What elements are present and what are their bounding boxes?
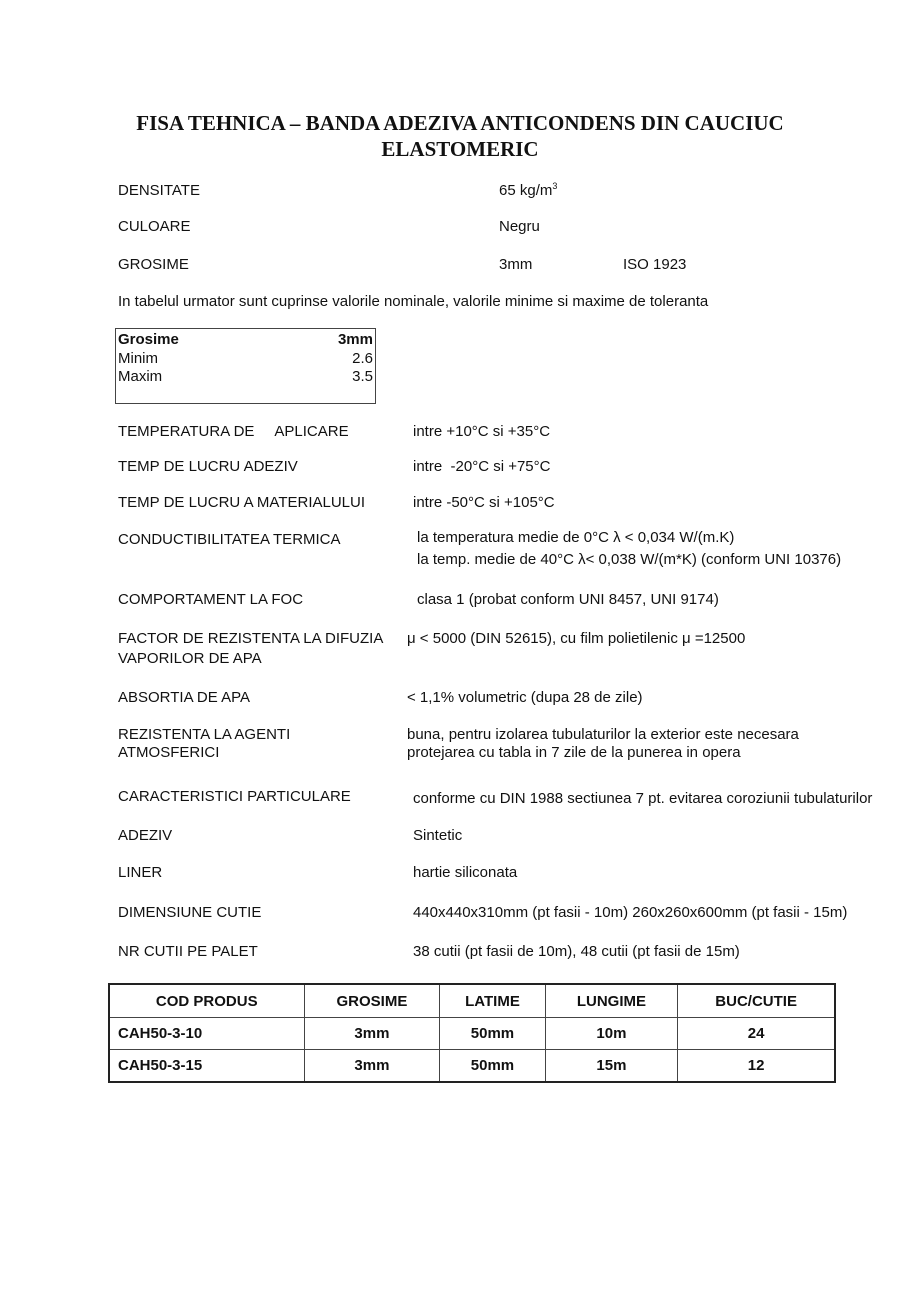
table-row: CAH50-3-10 3mm 50mm 10m 24 bbox=[109, 1018, 835, 1050]
cell-pcs-per-box: 24 bbox=[678, 1018, 835, 1050]
density-value: 65 kg/m3 bbox=[499, 181, 557, 200]
spec-label-weather-1: REZISTENTA LA AGENTI bbox=[118, 725, 290, 744]
color-label: CULOARE bbox=[118, 217, 191, 236]
product-table-header: COD PRODUS GROSIME LATIME LUNGIME BUC/CU… bbox=[109, 984, 835, 1018]
cell-width: 50mm bbox=[440, 1050, 545, 1083]
cell-pcs-per-box: 12 bbox=[678, 1050, 835, 1083]
thickness-label: GROSIME bbox=[118, 255, 189, 274]
spec-label-box-size: DIMENSIUNE CUTIE bbox=[118, 903, 261, 922]
cell-thickness: 3mm bbox=[304, 1050, 440, 1083]
spec-value-fire: clasa 1 (probat conform UNI 8457, UNI 91… bbox=[417, 590, 719, 609]
spec-value-particular: conforme cu DIN 1988 sectiunea 7 pt. evi… bbox=[413, 789, 872, 808]
spec-value-conductivity-1: la temperatura medie de 0°C λ < 0,034 W/… bbox=[417, 528, 734, 547]
intro-text: In tabelul urmator sunt cuprinse valoril… bbox=[118, 292, 708, 311]
cell-length: 10m bbox=[545, 1018, 678, 1050]
spec-label-conductivity: CONDUCTIBILITATEA TERMICA bbox=[118, 530, 341, 549]
spec-value-adhesive-temp: intre -20°C si +75°C bbox=[413, 457, 550, 476]
color-value: Negru bbox=[499, 217, 540, 236]
spec-label-weather-2: ATMOSFERICI bbox=[118, 743, 219, 762]
spec-label-liner: LINER bbox=[118, 863, 162, 882]
spec-value-application-temp: intre +10°C si +35°C bbox=[413, 422, 550, 441]
header-latime: LATIME bbox=[440, 984, 545, 1018]
thickness-standard: ISO 1923 bbox=[623, 255, 686, 274]
header-buc-cutie: BUC/CUTIE bbox=[678, 984, 835, 1018]
cell-code: CAH50-3-10 bbox=[109, 1018, 304, 1050]
spec-value-weather-1: buna, pentru izolarea tubulaturilor la e… bbox=[407, 725, 799, 744]
density-label: DENSITATE bbox=[118, 181, 200, 200]
spec-value-adhesive: Sintetic bbox=[413, 826, 462, 845]
spec-value-liner: hartie siliconata bbox=[413, 863, 517, 882]
cell-code: CAH50-3-15 bbox=[109, 1050, 304, 1083]
spec-label-boxes-per-pallet: NR CUTII PE PALET bbox=[118, 942, 258, 961]
spec-label-absorption: ABSORTIA DE APA bbox=[118, 688, 250, 707]
header-lungime: LUNGIME bbox=[545, 984, 678, 1018]
thickness-value: 3mm bbox=[499, 255, 532, 274]
cell-width: 50mm bbox=[440, 1018, 545, 1050]
title-line-1: FISA TEHNICA – BANDA ADEZIVA ANTICONDENS… bbox=[0, 110, 920, 136]
cell-thickness: 3mm bbox=[304, 1018, 440, 1050]
table-row: CAH50-3-15 3mm 50mm 15m 12 bbox=[109, 1050, 835, 1083]
cell-length: 15m bbox=[545, 1050, 678, 1083]
spec-label-application-temp: TEMPERATURA DE APLICARE bbox=[118, 422, 349, 441]
spec-value-conductivity-2: la temp. medie de 40°C λ< 0,038 W/(m*K) … bbox=[417, 550, 841, 569]
spec-label-particular: CARACTERISTICI PARTICULARE bbox=[118, 787, 351, 806]
spec-label-fire: COMPORTAMENT LA FOC bbox=[118, 590, 303, 609]
spec-label-adhesive-temp: TEMP DE LUCRU ADEZIV bbox=[118, 457, 298, 476]
spec-label-vapor-1: FACTOR DE REZISTENTA LA DIFUZIA bbox=[118, 629, 383, 648]
product-table: COD PRODUS GROSIME LATIME LUNGIME BUC/CU… bbox=[108, 983, 836, 1083]
spec-value-material-temp: intre -50°C si +105°C bbox=[413, 493, 555, 512]
title-line-2: ELASTOMERIC bbox=[0, 136, 920, 162]
spec-value-boxes-per-pallet: 38 cutii (pt fasii de 10m), 48 cutii (pt… bbox=[413, 942, 740, 961]
header-grosime: GROSIME bbox=[304, 984, 440, 1018]
spec-value-absorption: < 1,1% volumetric (dupa 28 de zile) bbox=[407, 688, 643, 707]
spec-value-weather-2: protejarea cu tabla in 7 zile de la pune… bbox=[407, 743, 741, 762]
tolerance-row-min: Minim 2.6 bbox=[118, 350, 373, 368]
spec-label-material-temp: TEMP DE LUCRU A MATERIALULUI bbox=[118, 493, 365, 512]
tolerance-header: Grosime 3mm bbox=[118, 331, 373, 349]
document-title: FISA TEHNICA – BANDA ADEZIVA ANTICONDENS… bbox=[0, 110, 920, 162]
spec-value-vapor: μ < 5000 (DIN 52615), cu film polietilen… bbox=[407, 629, 745, 648]
tolerance-table: Grosime 3mm Minim 2.6 Maxim 3.5 bbox=[115, 328, 376, 404]
tolerance-row-max: Maxim 3.5 bbox=[118, 368, 373, 386]
spec-label-adhesive: ADEZIV bbox=[118, 826, 172, 845]
header-cod-produs: COD PRODUS bbox=[109, 984, 304, 1018]
spec-label-vapor-2: VAPORILOR DE APA bbox=[118, 649, 262, 668]
density-exponent: 3 bbox=[552, 181, 557, 191]
spec-value-box-size: 440x440x310mm (pt fasii - 10m) 260x260x6… bbox=[413, 903, 847, 922]
